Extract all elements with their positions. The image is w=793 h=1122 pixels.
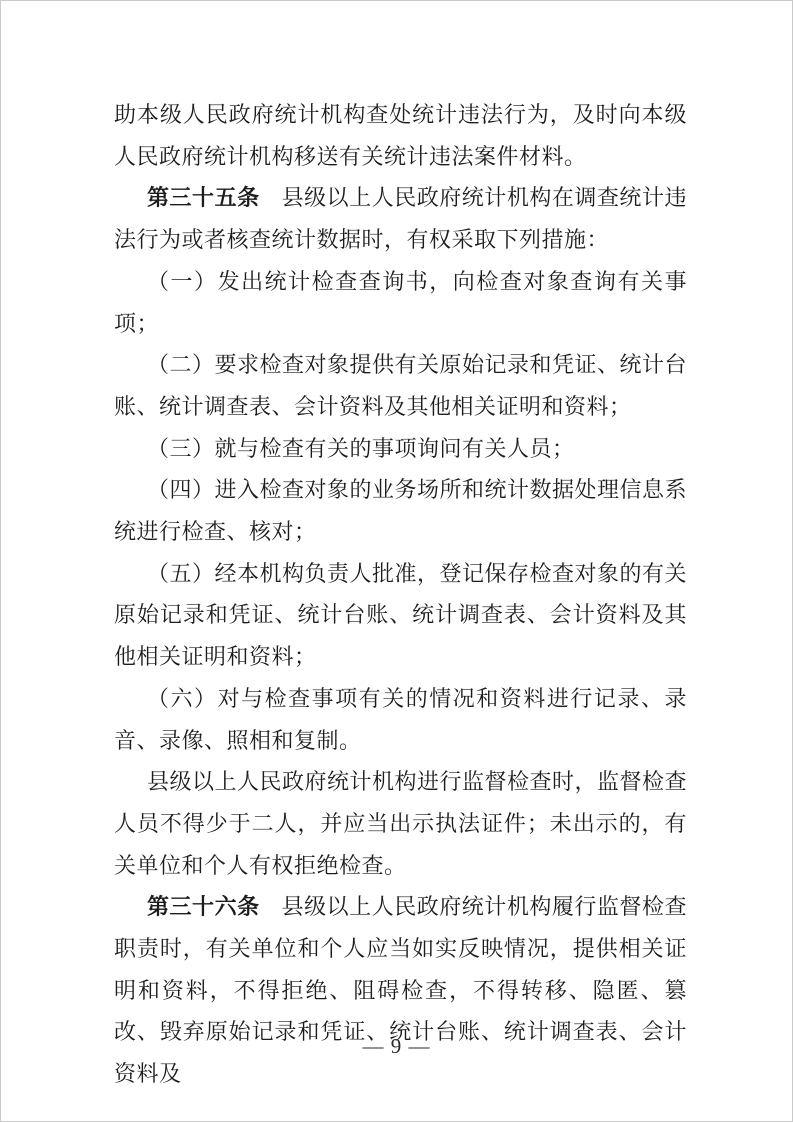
paragraph: （二）要求检查对象提供有关原始记录和凭证、统计台账、统计调查表、会计资料及其他相… [114,344,687,427]
paragraph: （四）进入检查对象的业务场所和统计数据处理信息系统进行检查、核对； [114,469,687,552]
article-heading: 第三十五条 [147,185,260,210]
paragraph: （一）发出统计检查查询书，向检查对象查询有关事项； [114,261,687,344]
page-footer: — 9 — [1,1032,792,1060]
paragraph: 县级以上人民政府统计机构进行监督检查时，监督检查人员不得少于二人，并应当出示执法… [114,761,687,886]
footer-page-number: — 9 — [363,1034,431,1058]
article-heading: 第三十六条 [147,894,260,919]
paragraph: （三）就与检查有关的事项询问有关人员； [114,428,687,470]
paragraph: 助本级人民政府统计机构查处统计违法行为，及时向本级人民政府统计机构移送有关统计违… [114,94,687,177]
paragraph: （六）对与检查事项有关的情况和资料进行记录、录音、录像、照相和复制。 [114,678,687,761]
paragraph: （五）经本机构负责人批准，登记保存检查对象的有关原始记录和凭证、统计台账、统计调… [114,553,687,678]
paragraph: 第三十六条县级以上人民政府统计机构履行监督检查职责时，有关单位和个人应当如实反映… [114,886,687,1095]
paragraph: 第三十五条县级以上人民政府统计机构在调查统计违法行为或者核查统计数据时，有权采取… [114,177,687,260]
document-page: 助本级人民政府统计机构查处统计违法行为，及时向本级人民政府统计机构移送有关统计违… [0,0,793,1122]
document-body: 助本级人民政府统计机构查处统计违法行为，及时向本级人民政府统计机构移送有关统计违… [1,1,792,1095]
